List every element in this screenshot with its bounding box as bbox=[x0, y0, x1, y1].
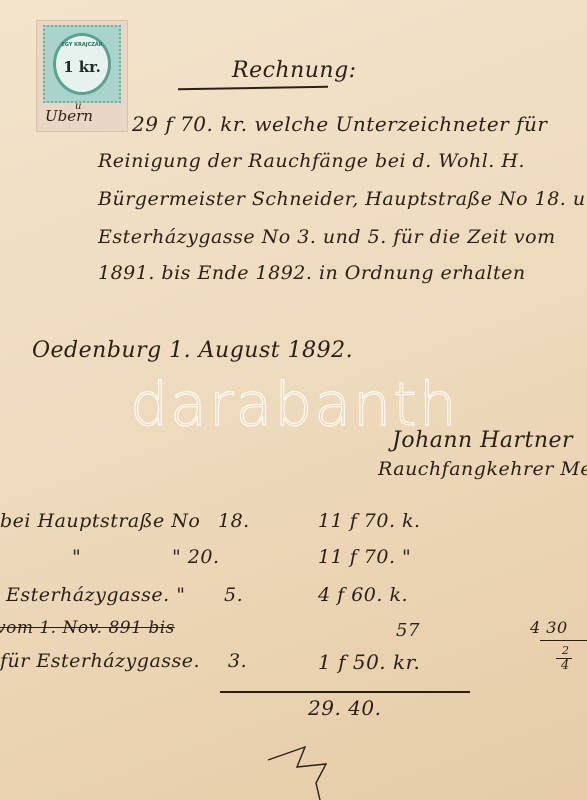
stamp-oval: EGY KRAJCZÁR 1 kr. bbox=[53, 33, 111, 95]
date-line: Oedenburg 1. August 1892. bbox=[32, 338, 353, 363]
item-number: 18. bbox=[218, 510, 250, 532]
item-number: 5. bbox=[224, 584, 243, 606]
side-calc-top: 4 30 bbox=[530, 618, 568, 637]
body-line-3: Bürgermeister Schneider, Hauptstraße No … bbox=[98, 188, 587, 210]
stamp-cancel-text: Ubern bbox=[45, 107, 93, 125]
item-number: 3. bbox=[228, 650, 247, 672]
item-amount: 1 f 50. kr. bbox=[318, 650, 420, 674]
item-number: " 20. bbox=[172, 546, 220, 568]
item-label: " bbox=[72, 546, 81, 568]
item-label: Esterházygasse. " bbox=[6, 584, 185, 606]
signature-title: Rauchfangkehrer Meister bbox=[378, 458, 587, 480]
document-title: Rechnung: bbox=[232, 58, 357, 83]
item-amount: 4 f 60. k. bbox=[318, 584, 408, 606]
stamp-face: EGY KRAJCZÁR 1 kr. bbox=[43, 25, 121, 103]
signature-name: Johann Hartner bbox=[392, 428, 573, 453]
revenue-stamp: EGY KRAJCZÁR 1 kr. u Ubern bbox=[36, 20, 128, 132]
item-label: für Esterházygasse. bbox=[0, 650, 200, 672]
item-label-struck: vom 1. Nov. 891 bis bbox=[0, 618, 175, 638]
bottom-flourish-mark bbox=[260, 745, 340, 800]
item-amount: 11 f 70. " bbox=[318, 546, 411, 568]
total-rule bbox=[220, 691, 470, 693]
document-page: EGY KRAJCZÁR 1 kr. u Ubern Rechnung: 29 … bbox=[0, 0, 587, 800]
side-calc-fraction-bottom: 4 bbox=[561, 658, 570, 673]
body-line-5: 1891. bis Ende 1892. in Ordnung erhalten bbox=[98, 262, 526, 284]
side-calc-rule bbox=[540, 640, 587, 641]
total-amount: 29. 40. bbox=[308, 696, 381, 720]
side-calc-fraction-top: 2 bbox=[562, 644, 570, 657]
body-line-4: Esterházygasse No 3. und 5. für die Zeit… bbox=[98, 226, 556, 248]
stamp-top-text: EGY KRAJCZÁR bbox=[56, 42, 108, 48]
item-label: bei Hauptstraße No bbox=[0, 510, 200, 532]
item-amount: 11 f 70. k. bbox=[318, 510, 421, 532]
body-line-1: 29 f 70. kr. welche Unterzeichneter für bbox=[132, 112, 547, 136]
stamp-value: 1 kr. bbox=[56, 58, 108, 76]
margin-note: 57 bbox=[396, 620, 420, 641]
title-underline bbox=[178, 86, 328, 90]
body-line-2: Reinigung der Rauchfänge bei d. Wohl. H. bbox=[98, 150, 525, 172]
